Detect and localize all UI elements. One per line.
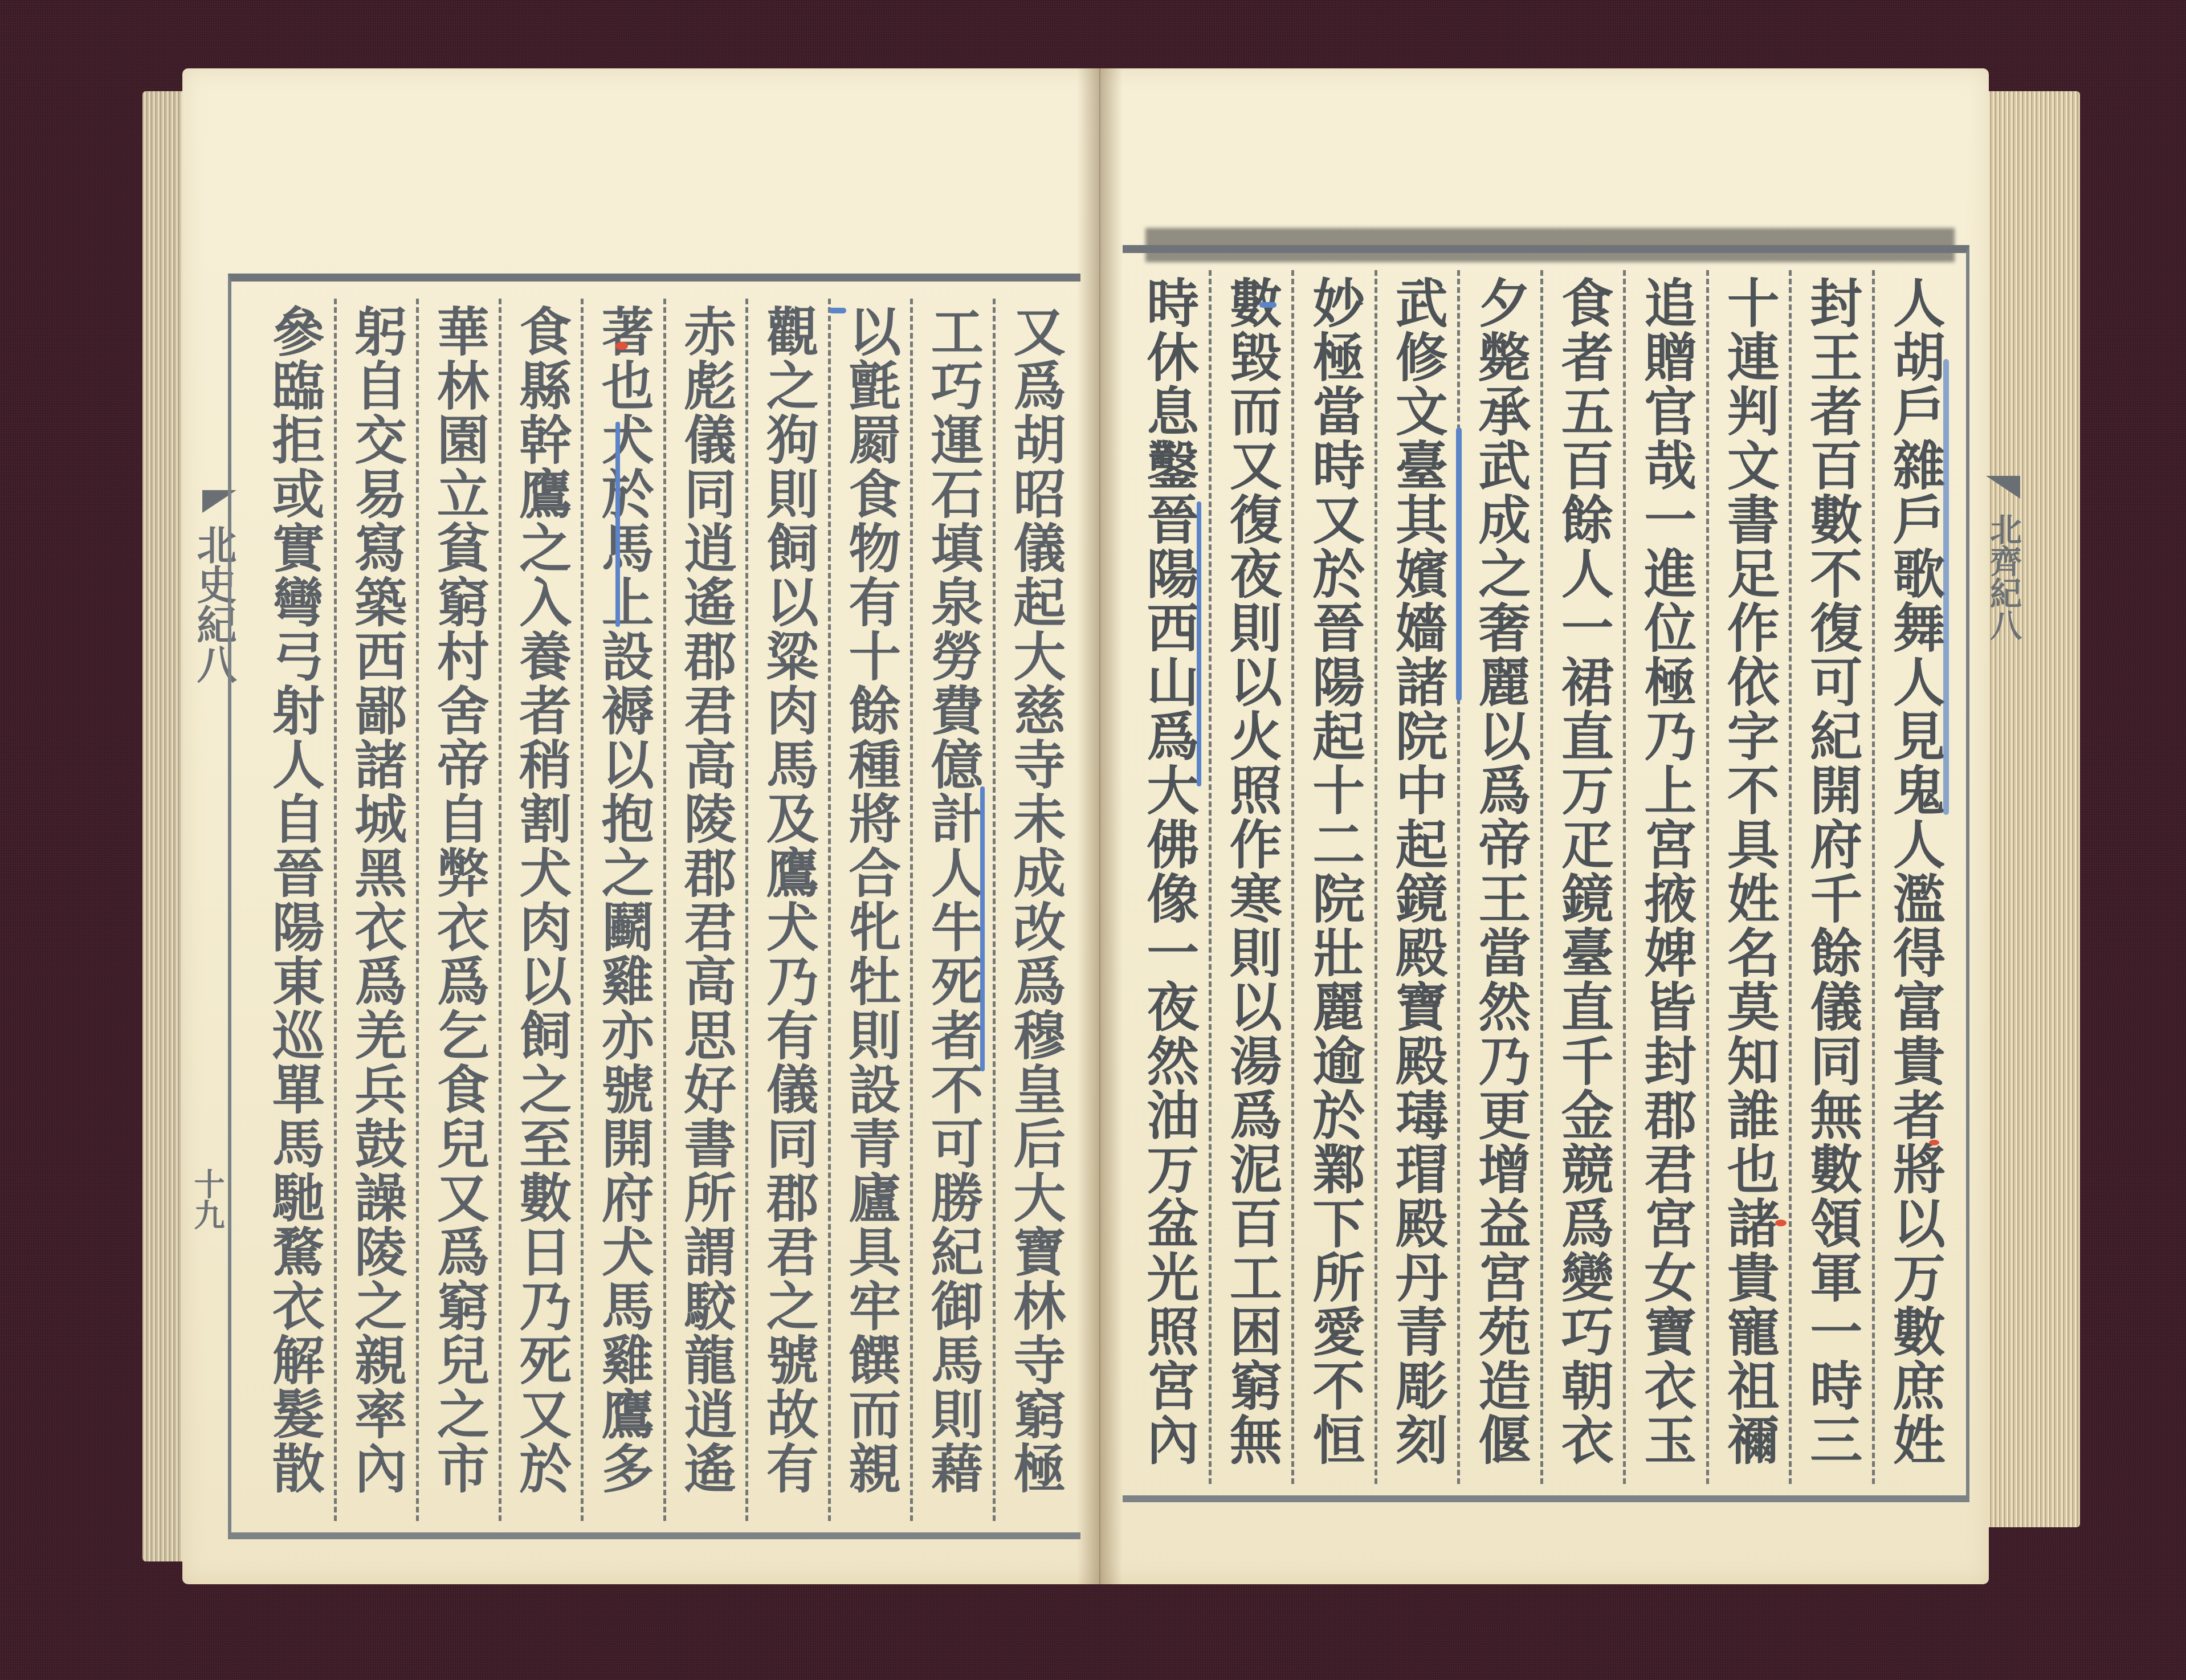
annotation-red-dot	[1929, 1140, 1939, 1145]
column-text: 躬自交易寫築西鄙諸城黑衣爲羌兵鼓譟陵之親率內	[350, 299, 402, 1521]
left-columns: 又爲胡昭儀起大慈寺未成改爲穆皇后大寶林寺窮極 工巧運石填泉勞費億計人牛死者不可勝…	[254, 299, 1075, 1521]
text-column: 以氈罽食物有十餘種將合牝牡則設青廬具牢饌而親	[828, 299, 911, 1521]
text-column: 觀之狗則飼以粱肉馬及鷹犬乃有儀同郡君之號故有	[745, 299, 828, 1521]
column-text: 以氈罽食物有十餘種將合牝牡則設青廬具牢饌而親	[844, 299, 896, 1521]
annotation-mark	[829, 308, 846, 313]
annotation-red-dot	[615, 342, 628, 350]
book-gutter	[1077, 68, 1123, 1584]
column-text: 人胡戶雜戶歌舞人見鬼人濫得富貴者將以万數庶姓	[1889, 270, 1941, 1484]
column-text: 工巧運石填泉勞費億計人牛死者不可勝紀御馬則藉	[927, 299, 979, 1521]
column-text: 十連判文書足作依字不具姓名莫知誰也諸貴寵祖禰	[1723, 270, 1775, 1484]
text-column: 人胡戶雜戶歌舞人見鬼人濫得富貴者將以万數庶姓	[1872, 270, 1955, 1484]
column-text: 又爲胡昭儀起大慈寺未成改爲穆皇后大寶林寺窮極	[1009, 299, 1061, 1521]
column-text: 妙極當時又於晉陽起十二院壯麗逾於鄴下所愛不恒	[1308, 270, 1360, 1484]
text-column: 夕斃承武成之奢麗以爲帝王當然乃更增益宮苑造偃	[1457, 270, 1540, 1484]
text-column: 參臨拒或實彎弓射人自晉陽東巡單馬馳騖衣解髮散	[254, 299, 334, 1521]
text-column: 躬自交易寫築西鄙諸城黑衣爲羌兵鼓譟陵之親率內	[334, 299, 417, 1521]
left-text-frame: 又爲胡昭儀起大慈寺未成改爲穆皇后大寶林寺窮極 工巧運石填泉勞費億計人牛死者不可勝…	[228, 274, 1080, 1539]
annotation-red-dot	[1775, 1220, 1787, 1226]
text-column: 赤彪儀同逍遙郡君高陵郡君高思好書所謂駮龍逍遙	[663, 299, 746, 1521]
column-text: 著也犬於馬上設褥以抱之鬬雞亦號開府犬馬雞鷹多	[597, 299, 650, 1521]
column-text: 武修文臺其嬪嬙諸院中起鏡殿寶殿瑇瑁殿丹青彫刻	[1391, 270, 1443, 1484]
left-margin-page-number: 十九	[185, 1168, 229, 1230]
fishtail-mark	[1986, 476, 2020, 499]
right-margin-title: 北齊紀八	[1980, 513, 2026, 641]
annotation-underline	[615, 422, 620, 627]
text-column: 數毀而又復夜則以火照作寒則以湯爲泥百工困窮無	[1209, 270, 1292, 1484]
right-page-edges	[1977, 91, 2080, 1527]
text-column: 食者五百餘人一裙直万疋鏡臺直千金競爲變巧朝衣	[1540, 270, 1624, 1484]
text-column: 華林園立貧窮村舍帝自弊衣爲乞食兒又爲窮兒之市	[416, 299, 499, 1521]
right-text-frame: 人胡戶雜戶歌舞人見鬼人濫得富貴者將以万數庶姓 封王者百數不復可紀開府千餘儀同無數…	[1123, 245, 1969, 1502]
right-columns: 人胡戶雜戶歌舞人見鬼人濫得富貴者將以万數庶姓 封王者百數不復可紀開府千餘儀同無數…	[1128, 270, 1955, 1484]
text-column: 時休息鑿晉陽西山爲大佛像一夜然油万盆光照宮內	[1128, 270, 1209, 1484]
column-text: 數毀而又復夜則以火照作寒則以湯爲泥百工困窮無	[1225, 270, 1278, 1484]
column-text: 參臨拒或實彎弓射人自晉陽東巡單馬馳騖衣解髮散	[268, 299, 320, 1521]
text-column: 十連判文書足作依字不具姓名莫知誰也諸貴寵祖禰	[1706, 270, 1789, 1484]
text-column: 追贈官哉一進位極乃上宮掖婢皆封郡君宮女寶衣玉	[1623, 270, 1706, 1484]
column-text: 夕斃承武成之奢麗以爲帝王當然乃更增益宮苑造偃	[1474, 270, 1526, 1484]
column-text: 追贈官哉一進位極乃上宮掖婢皆封郡君宮女寶衣玉	[1639, 270, 1692, 1484]
annotation-mark	[1259, 302, 1276, 308]
column-text: 華林園立貧窮村舍帝自弊衣爲乞食兒又爲窮兒之市	[433, 299, 485, 1521]
annotation-underline	[1456, 427, 1462, 701]
text-column: 封王者百數不復可紀開府千餘儀同無數領軍一時三	[1789, 270, 1872, 1484]
column-text: 封王者百數不復可紀開府千餘儀同無數領軍一時三	[1805, 270, 1858, 1484]
text-column: 武修文臺其嬪嬙諸院中起鏡殿寶殿瑇瑁殿丹青彫刻	[1375, 270, 1458, 1484]
column-text: 赤彪儀同逍遙郡君高陵郡君高思好書所謂駮龍逍遙	[679, 299, 732, 1521]
column-text: 時休息鑿晉陽西山爲大佛像一夜然油万盆光照宮內	[1142, 270, 1194, 1484]
annotation-underline	[980, 786, 985, 1071]
annotation-underline	[1943, 359, 1949, 815]
annotation-underline	[1197, 501, 1201, 786]
column-text: 食縣幹鷹之入養者稍割犬肉以飼之至數日乃死又於	[515, 299, 567, 1521]
open-book: 北史紀八 十九 北齊紀八 又爲胡昭儀起大慈寺未成改爲穆皇后大寶林寺窮極 工巧運石…	[142, 57, 2080, 1613]
text-column: 又爲胡昭儀起大慈寺未成改爲穆皇后大寶林寺窮極	[993, 299, 1075, 1521]
text-column: 著也犬於馬上設褥以抱之鬬雞亦號開府犬馬雞鷹多	[581, 299, 663, 1521]
text-column: 食縣幹鷹之入養者稍割犬肉以飼之至數日乃死又於	[499, 299, 581, 1521]
text-column: 妙極當時又於晉陽起十二院壯麗逾於鄴下所愛不恒	[1291, 270, 1375, 1484]
column-text: 食者五百餘人一裙直万疋鏡臺直千金競爲變巧朝衣	[1557, 270, 1609, 1484]
column-text: 觀之狗則飼以粱肉馬及鷹犬乃有儀同郡君之號故有	[762, 299, 814, 1521]
